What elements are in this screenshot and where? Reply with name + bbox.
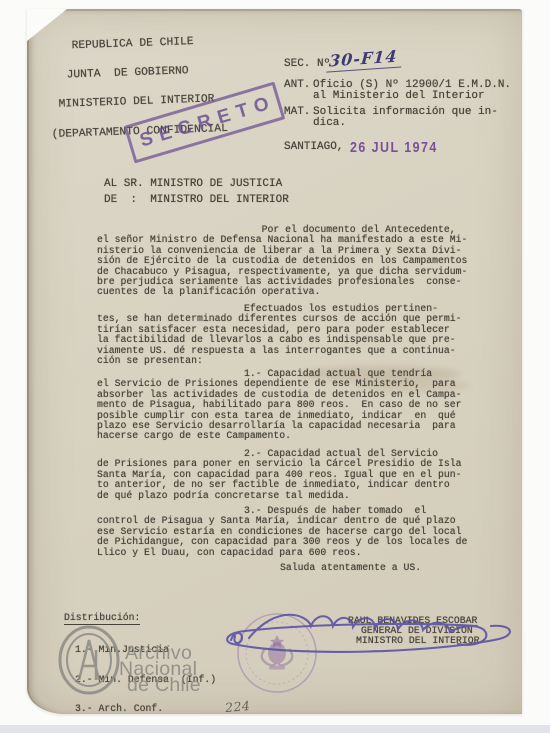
distribution-item: 3.- Arch. Conf.: [75, 704, 216, 714]
body-paragraph: 2.- Capacidad actual del Servicio de Pri…: [97, 449, 462, 501]
body-paragraph: Efectuados los estudios pertinen- tes, s…: [97, 304, 462, 366]
letterhead-line: JUNTA DE GOBIERNO: [50, 66, 227, 82]
watermark-line: de Chile: [127, 674, 201, 697]
letterhead-line: REPUBLICA DE CHILE: [49, 37, 226, 53]
date-stamp: 26 JUL 1974: [350, 139, 438, 156]
body-paragraph: 1.- Capacidad actual que tendría el Serv…: [97, 369, 462, 442]
recipient-from-line: DE : MINISTRO DEL INTERIOR: [104, 195, 289, 206]
body-paragraph: 3.- Después de haber tomado el control d…: [97, 506, 467, 558]
scan-edge-strip: [0, 725, 550, 733]
signature-scrawl: [215, 586, 520, 664]
body-paragraph: Por el documento del Antecedente, el señ…: [97, 225, 467, 298]
ant-text: Oficio (S) Nº 12900/1 E.M.D.N. al Minist…: [313, 80, 511, 101]
recipient-to-line: AL SR. MINISTRO DE JUSTICIA: [104, 179, 282, 190]
ant-label: ANT.: [284, 80, 310, 91]
archive-logo-icon: [56, 624, 122, 696]
sec-number-label: SEC. Nº: [284, 59, 330, 70]
mat-text: Solicita información que in- dica.: [313, 107, 498, 128]
page-number: 224: [224, 698, 251, 715]
mat-label: MAT.: [284, 107, 310, 118]
closing-line: Saluda atentamente a US.: [280, 563, 421, 573]
city-label: SANTIAGO,: [284, 142, 343, 153]
